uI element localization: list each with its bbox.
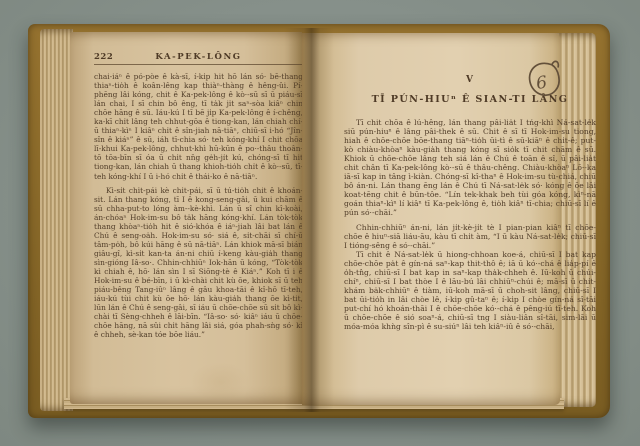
handwritten-circled-6-icon: 6	[520, 55, 568, 106]
paper-stain	[190, 362, 250, 402]
running-title: KA-PEK-LÔNG	[128, 52, 269, 62]
body-paragraph: Chhin-chhiūⁿ án-ni, lán ji̍t-kè-ji̍t tè …	[344, 223, 596, 250]
left-page-content: 222 KA-PEK-LÔNG chai-iáⁿ ê pó-pòe ê kà-s…	[94, 52, 303, 339]
book-photo: 222 KA-PEK-LÔNG chai-iáⁿ ê pó-pòe ê kà-s…	[0, 0, 640, 446]
body-paragraph: Kì-si̍t chi̍t-pái kè chi̍t-pái, sī ū tú-…	[94, 186, 303, 340]
right-page: V TĪ PÚN-HIUⁿ Ê SIAN-TI LÂNG Tī chit chō…	[302, 33, 560, 405]
right-page-content: V TĪ PÚN-HIUⁿ Ê SIAN-TI LÂNG Tī chit chō…	[344, 75, 596, 331]
right-page-body: Tī chit chōa ê lú-hêng, lán thang pâi-li…	[344, 118, 596, 331]
page-edges-left	[40, 29, 73, 411]
header-rule	[94, 64, 303, 65]
left-page-body: chai-iáⁿ ê pó-pòe ê kà-sī, í-ki̍p hit hō…	[94, 72, 303, 339]
body-paragraph: chai-iáⁿ ê pó-pòe ê kà-sī, í-ki̍p hit hō…	[94, 72, 303, 181]
left-page: 222 KA-PEK-LÔNG chai-iáⁿ ê pó-pòe ê kà-s…	[70, 32, 302, 404]
body-paragraph: Tī chit chōa ê lú-hêng, lán thang pâi-li…	[344, 118, 596, 217]
left-page-header: 222 KA-PEK-LÔNG	[94, 52, 303, 62]
handwritten-digit: 6	[535, 73, 549, 94]
page-number: 222	[94, 52, 128, 62]
body-paragraph: Tī chit ê Ná-sat-le̍k ū hiong-chhoan koe…	[344, 250, 596, 331]
